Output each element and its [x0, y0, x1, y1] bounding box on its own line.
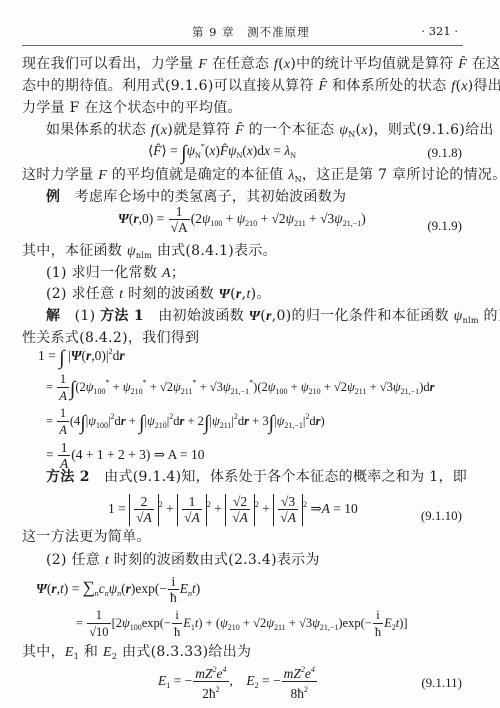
paragraph-line: 力学量 F 在这个状态中的平均值。 — [22, 98, 463, 118]
equation-number: (9.1.11) — [421, 675, 462, 691]
running-header: 第 9 章 测不准原理 · 321 · — [22, 24, 462, 40]
example-label: 例 — [46, 189, 60, 205]
paragraph-line: 这一方法更为简单。 — [22, 527, 463, 547]
wave-eq-1: Ψ(r,t) = ∑ncnψn(r)exp(−iħEnt) — [36, 574, 200, 606]
paragraph-line: 现在我们可以看出，力学量 F 在任意态 f(x)中的统计平均值就是算符 F̂ 在… — [22, 54, 463, 75]
paragraph-line: 性关系式(8.4.2)，我们得到 — [22, 328, 463, 348]
equation-number: (9.1.8) — [427, 145, 462, 161]
page-number: · 321 · — [421, 24, 458, 38]
equation-number: (9.1.9) — [427, 218, 462, 234]
normalization-eq-3: = 1A(4∫|ψ100|2dr + ∫|ψ210|2dr + 2∫|ψ211|… — [46, 406, 325, 438]
paragraph-line: (2) 任意 t 时刻的波函数由式(2.3.4)表示为 — [46, 550, 463, 571]
equation-9-1-9: Ψ(r,0) = 1√A(2ψ100 + ψ210 + √2ψ211 + √3ψ… — [118, 204, 366, 236]
wave-eq-2: = 1√10[2ψ100exp(−iħE1t) + (ψ210 + √2ψ211… — [76, 608, 408, 640]
question-2: (2) 求任意 t 时刻的波函数 Ψ(r,t)。 — [46, 284, 463, 305]
method-2-line: 方法 2 由式(9.1.4)知，体系处于各个本征态的概率之和为 1，即 — [46, 467, 463, 487]
fraction: 1√A — [169, 204, 190, 236]
equation-number: (9.1.10) — [421, 508, 462, 524]
normalization-eq-1: 1 = ∫ |Ψ(r,0)|2dr — [38, 347, 125, 370]
equation-9-1-10: 1 = 2√A2 + 1√A2 + √2√A2 + √3√A2 ⇒A = 10 — [108, 494, 358, 526]
equation-9-1-11: E1 = −mZ2e42ħ2, E2 = −mZ2e48ħ2 — [158, 662, 318, 702]
equation-9-1-8: ⟨F̂⟩ = ∫ψN*(x)F̂ψN(x)dx = λN — [148, 142, 296, 165]
paragraph-line: 态中的期待值。利用式(9.1.6)可以直接从算符 F̂ 和体系所处的状态 f(x… — [22, 76, 463, 97]
chapter-title: 第 9 章 测不准原理 — [192, 24, 310, 40]
book-page: 第 9 章 测不准原理 · 321 · 现在我们可以看出，力学量 F 在任意态 … — [0, 0, 500, 708]
question-1: (1) 求归一化常数 A； — [46, 263, 463, 284]
header-rule — [22, 45, 463, 46]
normalization-eq-2: = 1A∫(2ψ100* + ψ210* + √2ψ211* + √3ψ21,−… — [46, 372, 434, 404]
